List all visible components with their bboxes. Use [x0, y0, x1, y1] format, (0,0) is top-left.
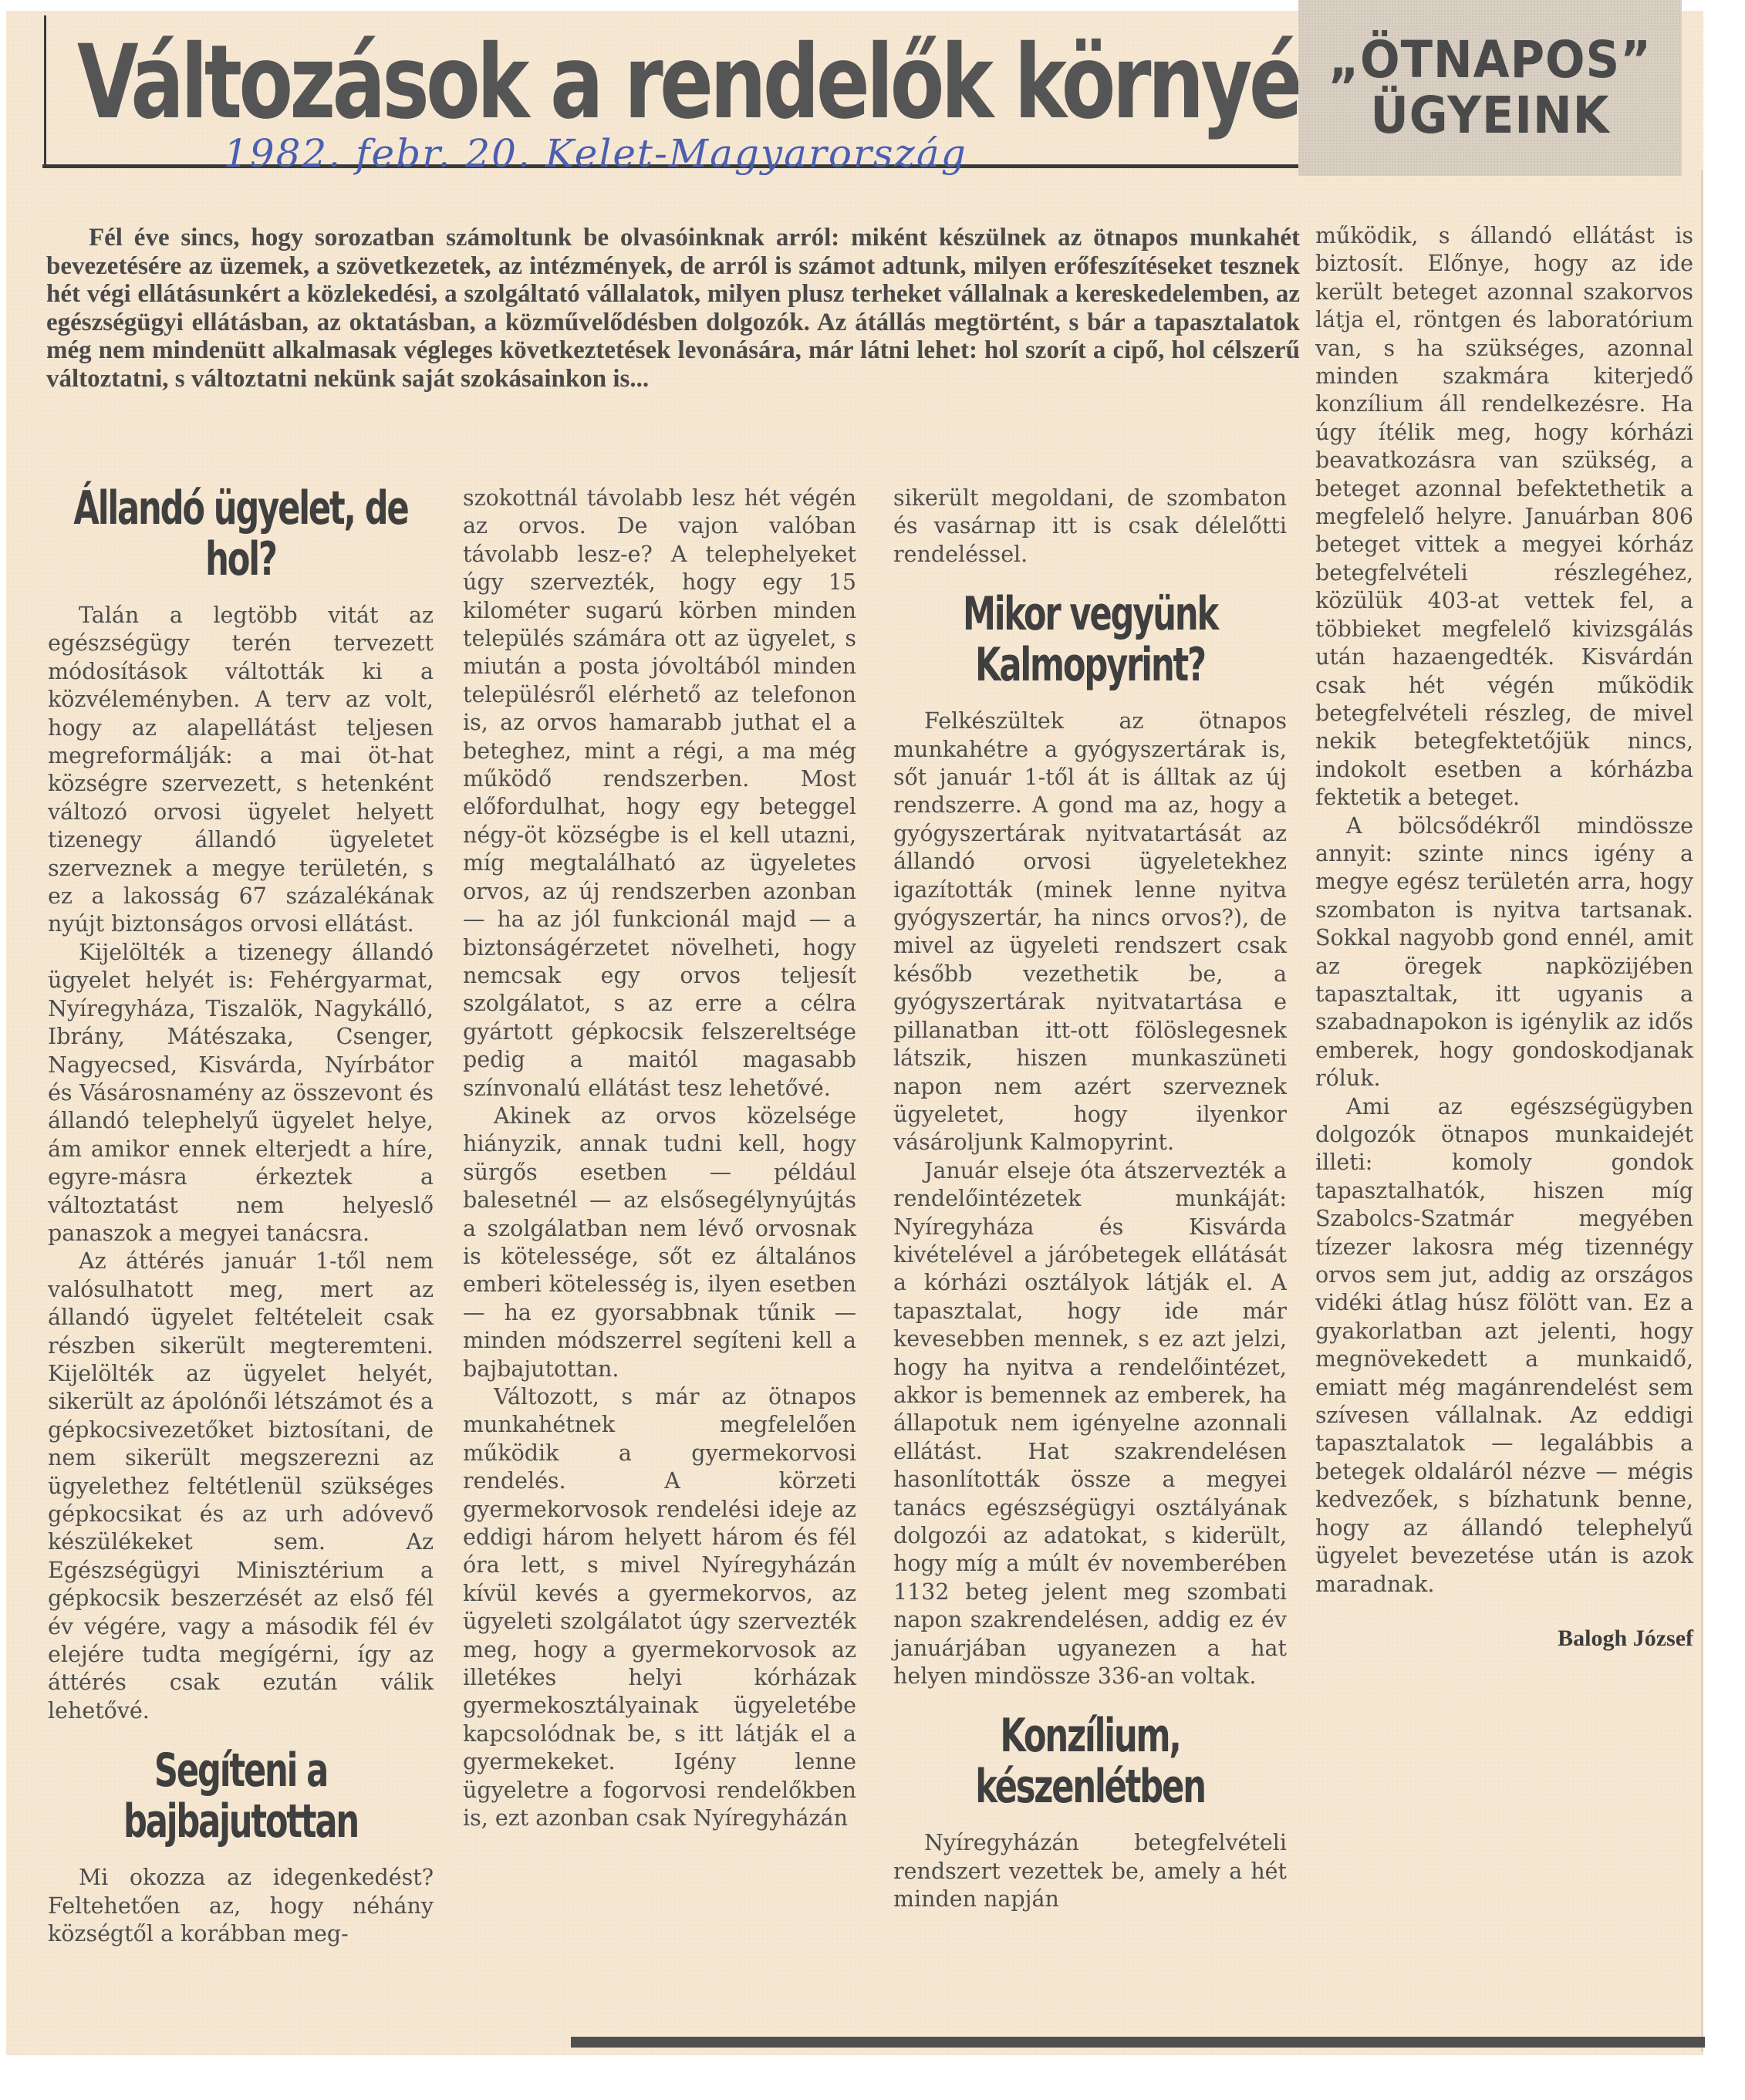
body-paragraph: Felkészültek az ötnapos munkahétre a gyó… [893, 707, 1287, 1157]
body-paragraph: Mi okozza az idegenkedést? Feltehetően a… [48, 1864, 434, 1948]
body-paragraph: Az áttérés január 1-től nem valósulhatot… [48, 1248, 434, 1725]
body-paragraph: Akinek az orvos közelsége hiányzik, anna… [463, 1102, 856, 1383]
article-column-4: működik, s állandó ellátást is biztosít.… [1315, 222, 1693, 1653]
body-paragraph: működik, s állandó ellátást is biztosít.… [1315, 222, 1693, 812]
frame-rule-left [44, 15, 46, 168]
body-paragraph: sikerült megoldani, de szombaton és vasá… [893, 484, 1287, 569]
body-paragraph: Ami az egészségügyben dolgozók ötnapos m… [1315, 1093, 1693, 1599]
body-paragraph: A bölcsődékről mindössze annyit: szinte … [1315, 812, 1693, 1093]
body-paragraph: Január elseje óta átszervezték a rendelő… [893, 1157, 1287, 1691]
section-subheading: Állandó ügyelet, de hol? [69, 483, 413, 585]
handwritten-date-note: 1982. febr. 20. Kelet-Magyarország [224, 131, 967, 176]
section-subheading: Konzílium, készenlétben [915, 1710, 1265, 1812]
article-column-3: sikerült megoldani, de szombaton és vasá… [893, 484, 1287, 1914]
body-paragraph: szokottnál távolabb lesz hét végén az or… [463, 484, 856, 1102]
series-label-line2: ÜGYEINK [1370, 88, 1609, 143]
body-paragraph: Változott, s már az ötnapos munkahétnek … [463, 1383, 856, 1833]
headline: Változások a rendelők környékén [77, 25, 1450, 140]
paper-edge [1701, 170, 1703, 2052]
lead-paragraph: Fél éve sincs, hogy sorozatban számoltun… [46, 224, 1300, 393]
article-column-1: Állandó ügyelet, de hol?Talán a legtöbb … [48, 463, 434, 1948]
series-label-line1: „ÖTNAPOS” [1328, 32, 1652, 88]
section-subheading: Segíteni a bajbajutottan [69, 1745, 413, 1847]
article-column-2: szokottnál távolabb lesz hét végén az or… [463, 484, 856, 1833]
section-subheading: Mikor vegyünk Kalmopyrint? [915, 589, 1265, 690]
body-paragraph: Kijelölték a tizenegy állandó ügyelet he… [48, 939, 434, 1248]
author-byline: Balogh József [1315, 1625, 1693, 1653]
body-paragraph: Nyíregyházán betegfelvételi rendszert ve… [893, 1829, 1287, 1913]
body-paragraph: Talán a legtöbb vitát az egészségügy ter… [48, 602, 434, 939]
series-label-box: „ÖTNAPOS” ÜGYEINK [1298, 0, 1682, 176]
bottom-rule [571, 2037, 1705, 2048]
